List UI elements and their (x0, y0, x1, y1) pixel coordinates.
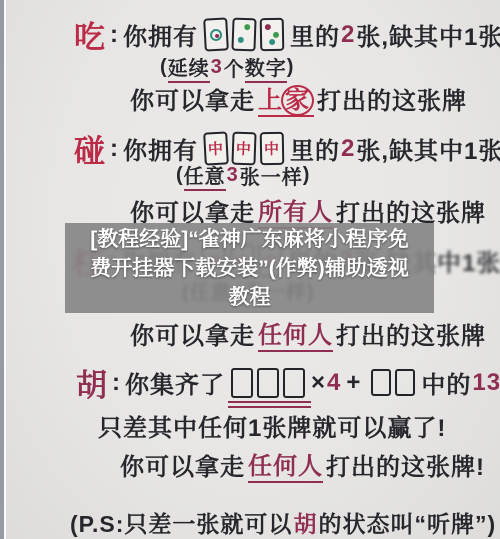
meld-box-group (231, 368, 305, 398)
peng-tail: 张,缺其中1张 (356, 131, 500, 166)
peng-note-open: ( (176, 164, 184, 187)
chi-note-mid: 个 (224, 53, 245, 82)
mahjong-tile-3-dots (260, 18, 285, 51)
tile-dot (273, 32, 279, 38)
hu-times: × (311, 369, 326, 397)
chi-note-underlined-1: 延续 (168, 52, 210, 83)
banner-line-3: 教程 (65, 283, 434, 312)
photo-left-edge-highlight (4, 0, 6, 539)
chi-after-tiles: 里的 (290, 17, 340, 52)
hu-take-line: 你可以拿走 任何人 打出的这张牌! (120, 446, 485, 483)
chi-note-line: ( 延续 3 个 数字 ) (160, 52, 294, 83)
chi-note-underlined-2: 数字 (245, 52, 287, 83)
peng-note-underlined: 任意 (184, 160, 226, 191)
hu-win-text: 只差其中任何1张牌就可以赢了! (98, 408, 446, 443)
hu-thirteen: 13 (471, 369, 500, 397)
zhong-character: 中 (234, 134, 255, 164)
zhong-character: 中 (205, 133, 226, 163)
gang-take-highlight: 任何人 (258, 315, 333, 352)
blank-tile-box (257, 368, 279, 398)
peng-colon: : (110, 135, 119, 163)
zhong-character: 中 (262, 134, 283, 163)
pair-box-group (371, 369, 415, 396)
ps-highlight: 胡 (292, 506, 318, 539)
chi-note-number: 3 (210, 56, 224, 79)
ps-line: (P.S:只差一张就可以 胡 的状态叫“听牌”) (70, 506, 496, 539)
hu-take-pre: 你可以拿走 (120, 447, 245, 482)
chi-count: 2 (340, 21, 356, 49)
chi-take-circled-char: 家 (281, 85, 314, 116)
chi-colon: : (110, 21, 119, 49)
overlay-caption-banner: [教程经验]“雀神广东麻将小程序免 费开挂器下载安装”(作弊)辅助透视 教程 (65, 223, 434, 313)
chi-own-text: 你拥有 (123, 17, 198, 52)
hu-four: 4 (326, 369, 342, 397)
gang-take-line: 你可以拿走 任何人 打出的这张牌 (130, 315, 486, 352)
tile-dot (238, 37, 244, 43)
chi-header: 吃 (74, 12, 106, 57)
hu-mid: 中的 (421, 365, 471, 400)
blank-tile-box (395, 369, 415, 396)
gang-take-pre: 你可以拿走 (130, 316, 255, 351)
hu-collect-text: 你集齐了 (125, 365, 225, 400)
peng-count: 2 (340, 135, 356, 163)
chi-take-highlight: 上家 (258, 80, 314, 117)
banner-line-2: 费开挂器下载安装”(作弊)辅助透视 (65, 254, 434, 283)
blank-tile-box (231, 368, 253, 398)
hu-header-line: 胡 : 你集齐了 × 4 + 中的 13 张牌 (76, 360, 500, 405)
double-underline (228, 401, 311, 408)
banner-line-1: [教程经验]“雀神广东麻将小程序免 (65, 225, 434, 254)
chi-tail: 张,缺其中1张 (356, 17, 500, 52)
blank-tile-box (371, 369, 391, 396)
gang-take-post: 打出的这张牌 (336, 316, 486, 351)
hu-take-highlight: 任何人 (248, 446, 323, 483)
hu-win-line: 只差其中任何1张牌就可以赢了! (98, 408, 446, 443)
dot-tile-sequence (204, 18, 284, 51)
mahjong-tile-2-dots (231, 18, 256, 52)
hu-take-post: 打出的这张牌! (326, 447, 485, 482)
chi-take-hl-first: 上 (258, 87, 283, 114)
one-dot-ring (210, 29, 223, 42)
ps-pre: (P.S:只差一张就可以 (70, 506, 292, 539)
hu-colon: : (112, 369, 121, 397)
peng-header: 碰 (74, 126, 106, 171)
peng-note-tail: 张一样 (240, 161, 303, 190)
peng-note-close: ) (303, 164, 311, 187)
mahjong-tile-1-dot (203, 17, 229, 51)
chi-header-line: 吃 : 你拥有 里的 2 张,缺其中1张 (74, 12, 500, 57)
chi-note-open: ( (160, 56, 168, 79)
tile-dot (269, 39, 275, 45)
whiteboard-photo: { "colors": { "board_bg": "#e7e6e4", "in… (0, 0, 500, 539)
blank-tile-box (283, 368, 305, 398)
chi-note-close: ) (287, 56, 295, 79)
chi-take-pre: 你可以拿走 (130, 81, 255, 116)
chi-take-post: 打出的这张牌 (317, 81, 467, 116)
tile-dot (265, 24, 271, 30)
peng-note-line: ( 任意 3 张一样 ) (176, 160, 310, 191)
peng-note-number: 3 (226, 164, 240, 187)
hu-header: 胡 (76, 360, 108, 405)
chi-take-line: 你可以拿走 上家 打出的这张牌 (130, 80, 467, 117)
tile-dot (244, 24, 250, 30)
hu-plus: + (346, 369, 361, 397)
ps-post: 的状态叫“听牌”) (318, 506, 496, 539)
